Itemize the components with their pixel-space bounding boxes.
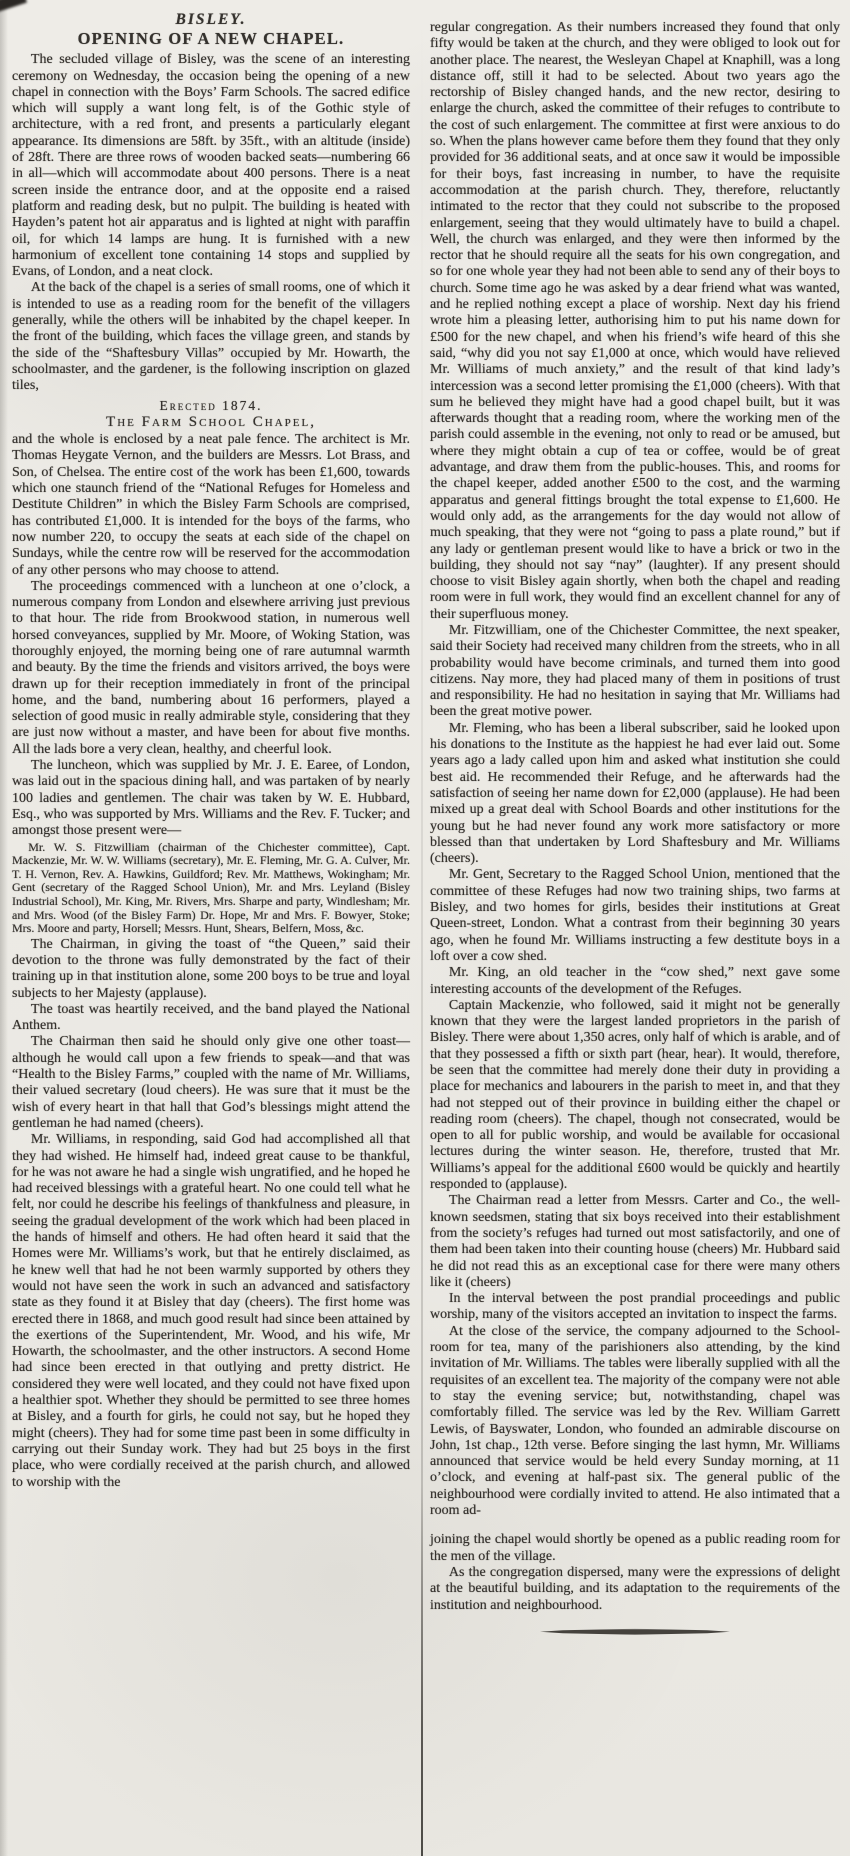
paragraph: At the close of the service, the company… bbox=[430, 1324, 840, 1520]
paragraph: Captain Mackenzie, who followed, said it… bbox=[430, 998, 840, 1194]
paragraph: Mr. Fitzwilliam, one of the Chichester C… bbox=[430, 623, 840, 721]
paragraph: The Chairman read a letter from Messrs. … bbox=[430, 1193, 840, 1291]
paragraph: The secluded village of Bisley, was the … bbox=[12, 52, 410, 280]
paragraph: Mr. Gent, Secretary to the Ragged School… bbox=[430, 867, 840, 965]
paragraph: Mr. King, an old teacher in the “cow she… bbox=[430, 965, 840, 998]
attendees-list: Mr. W. S. Fitzwilliam (chairman of the C… bbox=[12, 841, 410, 936]
paragraph: As the congregation dispersed, many were… bbox=[430, 1565, 840, 1614]
page-edge-shadow bbox=[0, 0, 8, 1856]
inscription-erected: Erected 1874. bbox=[12, 398, 410, 414]
paragraph: joining the chapel would shortly be open… bbox=[430, 1532, 840, 1565]
paragraph: The luncheon, which was supplied by Mr. … bbox=[12, 758, 410, 839]
headline: OPENING OF A NEW CHAPEL. bbox=[12, 29, 410, 48]
paragraph: and the whole is enclosed by a neat pale… bbox=[12, 432, 410, 579]
paragraph: The Chairman then said he should only gi… bbox=[12, 1034, 410, 1132]
paragraph: The proceedings commenced with a luncheo… bbox=[12, 579, 410, 758]
inscription-title: The Farm School Chapel, bbox=[12, 414, 410, 430]
article-column-left: BISLEY.OPENING OF A NEW CHAPEL.The seclu… bbox=[12, 12, 410, 1491]
paragraph: In the interval between the post prandia… bbox=[430, 1291, 840, 1324]
newspaper-page: { "colors": { "paper": "#edebe5", "ink":… bbox=[0, 0, 850, 1856]
paragraph: The toast was heartily received, and the… bbox=[12, 1002, 410, 1035]
end-rule bbox=[540, 1629, 730, 1635]
paragraph: Mr. Williams, in responding, said God ha… bbox=[12, 1132, 410, 1491]
paragraph: regular congregation. As their numbers i… bbox=[430, 20, 840, 623]
paragraph: The Chairman, in giving the toast of “th… bbox=[12, 937, 410, 1002]
article-column-right: regular congregation. As their numbers i… bbox=[430, 20, 840, 1635]
place-heading: BISLEY. bbox=[12, 12, 410, 28]
paragraph: Mr. Fleming, who has been a liberal subs… bbox=[430, 721, 840, 868]
column-divider-rule bbox=[421, 0, 423, 1856]
paragraph: At the back of the chapel is a series of… bbox=[12, 280, 410, 394]
